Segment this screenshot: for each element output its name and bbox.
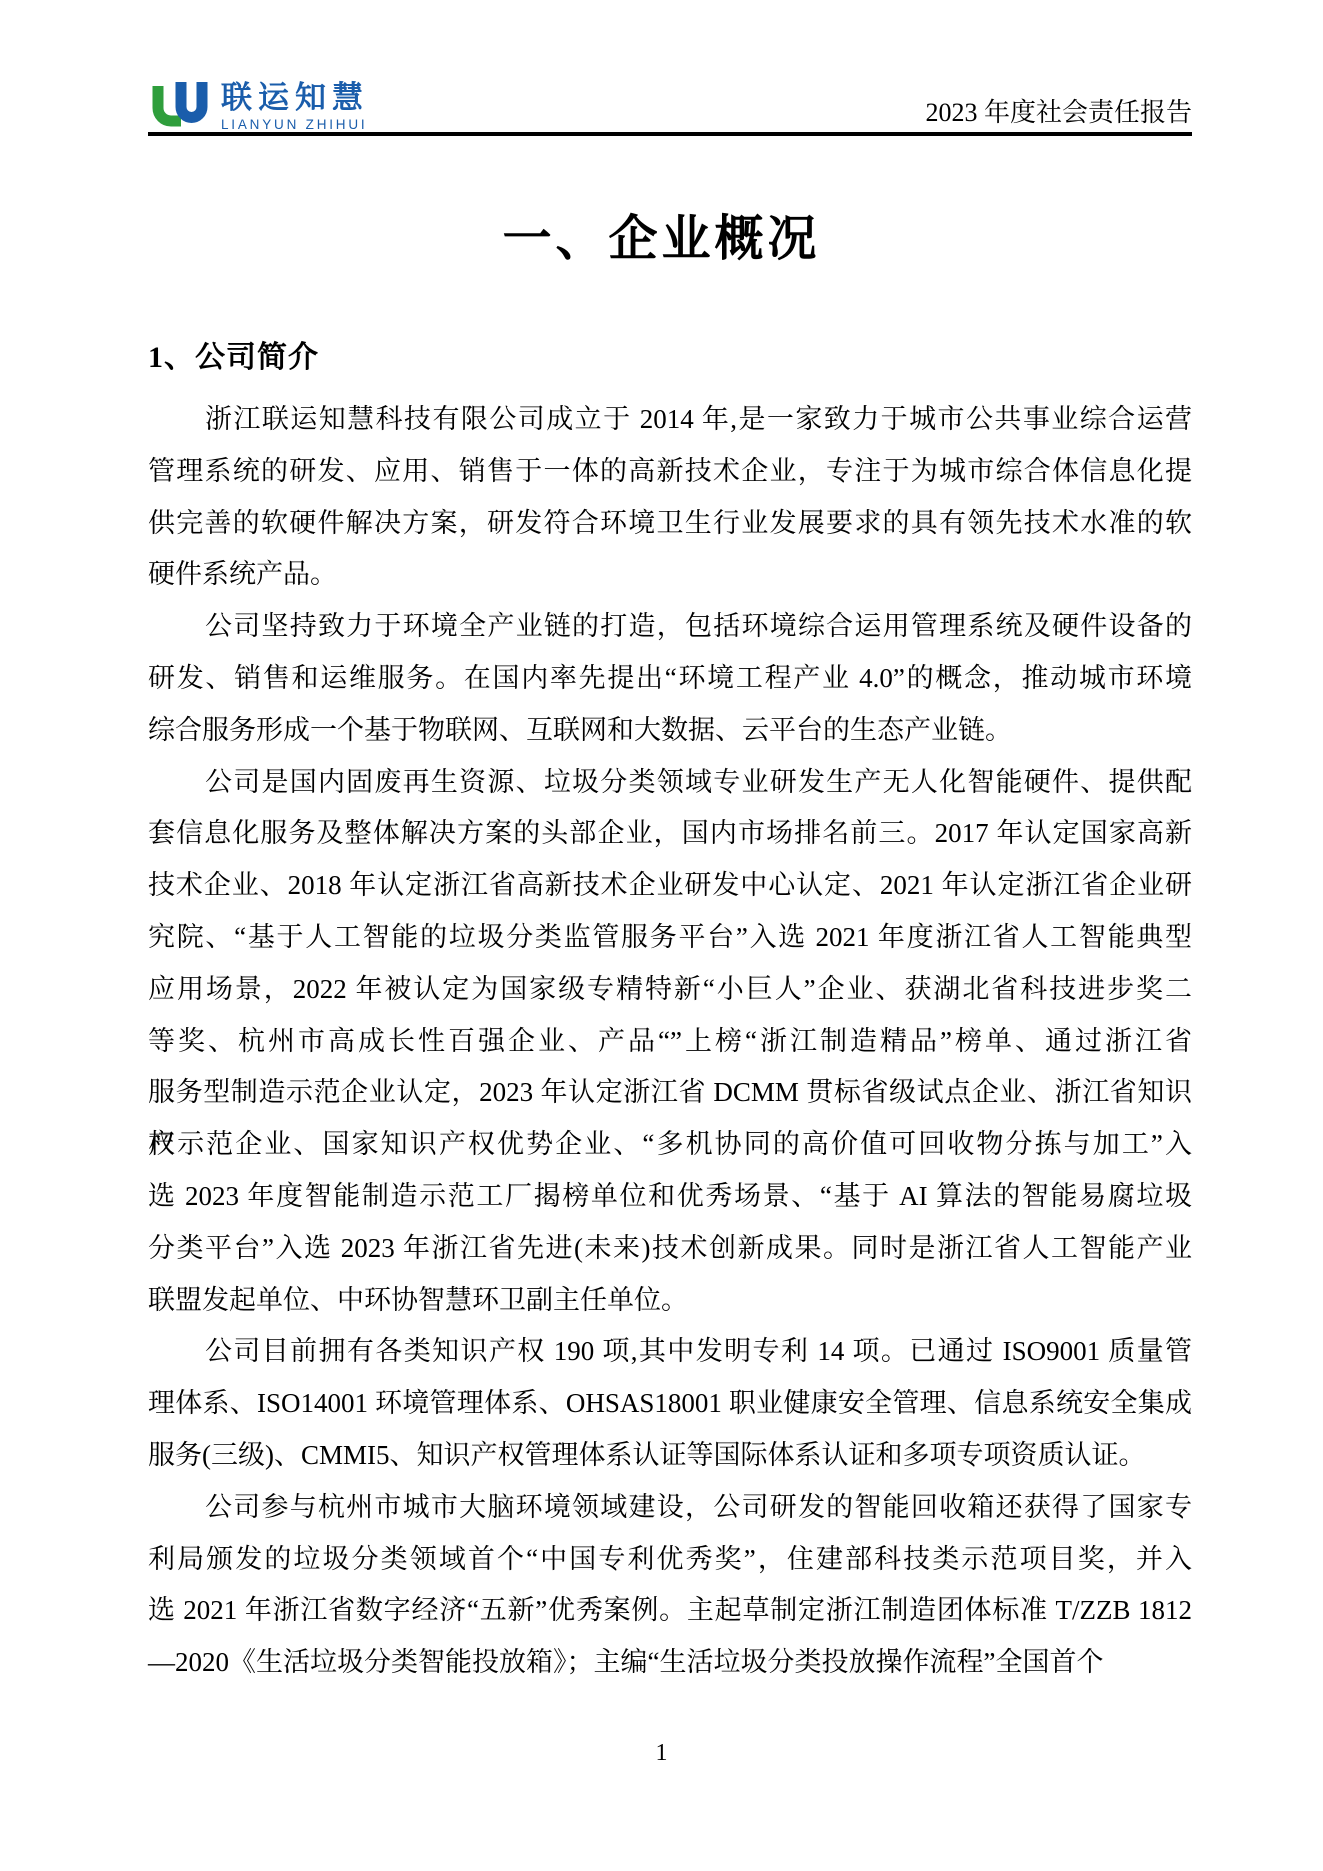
paragraph: 公司参与杭州市城市大脑环境领域建设，公司研发的智能回收箱还获得了国家专利局颁发的… xyxy=(148,1482,1192,1689)
paragraph: 公司坚持致力于环境全产业链的打造，包括环境综合运用管理系统及硬件设备的研发、销售… xyxy=(148,601,1192,756)
paragraph-line: 硬件系统产品。 xyxy=(148,549,1192,601)
paragraph-line: 管理系统的研发、应用、销售于一体的高新技术企业，专注于为城市综合体信息化提 xyxy=(148,446,1192,498)
paragraph-line: 应用场景，2022 年被认定为国家级专精特新“小巨人”企业、获湖北省科技进步奖二 xyxy=(148,964,1192,1016)
paragraph-line: 公司参与杭州市城市大脑环境领域建设，公司研发的智能回收箱还获得了国家专 xyxy=(148,1482,1192,1534)
paragraph-line: 研发、销售和运维服务。在国内率先提出“环境工程产业 4.0”的概念，推动城市环境 xyxy=(148,653,1192,705)
paragraph-line: 权示范企业、国家知识产权优势企业、“多机协同的高价值可回收物分拣与加工”入 xyxy=(148,1119,1192,1171)
paragraph: 公司目前拥有各类知识产权 190 项,其中发明专利 14 项。已通过 ISO90… xyxy=(148,1326,1192,1481)
company-logo: 联运知慧 LIANYUN ZHIHUI xyxy=(148,76,369,132)
header-report-title: 2023 年度社会责任报告 xyxy=(925,100,1192,132)
paragraph-line: 公司是国内固废再生资源、垃圾分类领域专业研发生产无人化智能硬件、提供配 xyxy=(148,757,1192,809)
paragraph-line: 利局颁发的垃圾分类领域首个“中国专利优秀奖”，住建部科技类示范项目奖，并入 xyxy=(148,1534,1192,1586)
paragraph-line: 服务(三级)、CMMI5、知识产权管理体系认证等国际体系认证和多项专项资质认证。 xyxy=(148,1430,1192,1482)
logo-mark-icon xyxy=(148,76,212,132)
logo-name-en: LIANYUN ZHIHUI xyxy=(221,118,369,132)
paragraph-line: 技术企业、2018 年认定浙江省高新技术企业研发中心认定、2021 年认定浙江省… xyxy=(148,860,1192,912)
paragraph-line: 分类平台”入选 2023 年浙江省先进(未来)技术创新成果。同时是浙江省人工智能… xyxy=(148,1223,1192,1275)
logo-mark-blue xyxy=(181,82,202,117)
section-heading: 1、公司简介 xyxy=(148,332,319,376)
paragraph-line: 理体系、ISO14001 环境管理体系、OHSAS18001 职业健康安全管理、… xyxy=(148,1378,1192,1430)
paragraph: 公司是国内固废再生资源、垃圾分类领域专业研发生产无人化智能硬件、提供配套信息化服… xyxy=(148,757,1192,1327)
logo-text: 联运知慧 LIANYUN ZHIHUI xyxy=(221,82,369,133)
paragraph-line: 公司坚持致力于环境全产业链的打造，包括环境综合运用管理系统及硬件设备的 xyxy=(148,601,1192,653)
page-number: 1 xyxy=(0,1740,1323,1767)
paragraph-line: 供完善的软硬件解决方案，研发符合环境卫生行业发展要求的具有领先技术水准的软 xyxy=(148,498,1192,550)
paragraph-line: 综合服务形成一个基于物联网、互联网和大数据、云平台的生态产业链。 xyxy=(148,705,1192,757)
paragraph-line: 套信息化服务及整体解决方案的头部企业，国内市场排名前三。2017 年认定国家高新 xyxy=(148,808,1192,860)
paragraph-line: 究院、“基于人工智能的垃圾分类监管服务平台”入选 2021 年度浙江省人工智能典… xyxy=(148,912,1192,964)
paragraph-line: 服务型制造示范企业认定，2023 年认定浙江省 DCMM 贯标省级试点企业、浙江… xyxy=(148,1067,1192,1119)
paragraph: 浙江联运知慧科技有限公司成立于 2014 年,是一家致力于城市公共事业综合运营管… xyxy=(148,394,1192,601)
paragraph-line: 联盟发起单位、中环协智慧环卫副主任单位。 xyxy=(148,1275,1192,1327)
report-page: 联运知慧 LIANYUN ZHIHUI 2023 年度社会责任报告 一、企业概况… xyxy=(0,0,1323,1871)
paragraph-line: 等奖、杭州市高成长性百强企业、产品“”上榜“浙江制造精品”榜单、通过浙江省 xyxy=(148,1016,1192,1068)
logo-name-cn: 联运知慧 xyxy=(221,82,369,113)
paragraph-line: —2020《生活垃圾分类智能投放箱》；主编“生活垃圾分类投放操作流程”全国首个 xyxy=(148,1637,1192,1689)
page-header: 联运知慧 LIANYUN ZHIHUI 2023 年度社会责任报告 xyxy=(148,68,1192,136)
body-paragraphs: 浙江联运知慧科技有限公司成立于 2014 年,是一家致力于城市公共事业综合运营管… xyxy=(148,394,1192,1689)
page-title: 一、企业概况 xyxy=(0,200,1323,270)
paragraph-line: 浙江联运知慧科技有限公司成立于 2014 年,是一家致力于城市公共事业综合运营 xyxy=(148,394,1192,446)
paragraph-line: 选 2021 年浙江省数字经济“五新”优秀案例。主起草制定浙江制造团体标准 T/… xyxy=(148,1585,1192,1637)
paragraph-line: 选 2023 年度智能制造示范工厂揭榜单位和优秀场景、“基于 AI 算法的智能易… xyxy=(148,1171,1192,1223)
paragraph-line: 公司目前拥有各类知识产权 190 项,其中发明专利 14 项。已通过 ISO90… xyxy=(148,1326,1192,1378)
